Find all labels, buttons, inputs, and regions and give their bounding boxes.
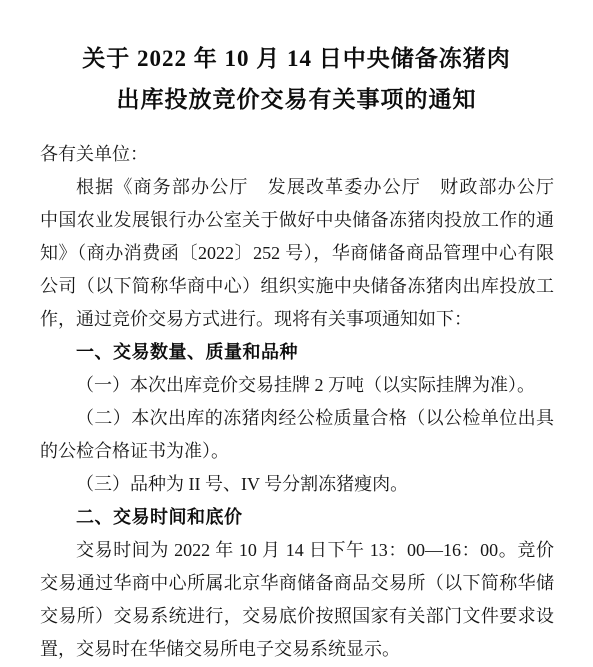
paragraph-trading-time: 交易时间为 2022 年 10 月 14 日下午 13：00—16：00。竞价交…: [40, 534, 554, 666]
notice-title: 关于 2022 年 10 月 14 日中央储备冻猪肉 出库投放竞价交易有关事项的…: [20, 38, 573, 120]
notice-title-line-1: 关于 2022 年 10 月 14 日中央储备冻猪肉: [20, 38, 573, 79]
notice-title-line-2: 出库投放竞价交易有关事项的通知: [20, 79, 573, 120]
section-heading-quantity-quality-variety: 一、交易数量、质量和品种: [40, 336, 554, 369]
paragraph-item-1-quantity: （一）本次出库竞价交易挂牌 2 万吨（以实际挂牌为准）。: [40, 369, 554, 402]
notice-body: 各有关单位： 根据《商务部办公厅 发展改革委办公厅 财政部办公厅 中国农业发展银…: [40, 138, 554, 666]
section-heading-time-floor-price: 二、交易时间和底价: [40, 501, 554, 534]
paragraph-item-3-variety: （三）品种为 II 号、IV 号分割冻猪瘦肉。: [40, 468, 554, 501]
paragraph-basis: 根据《商务部办公厅 发展改革委办公厅 财政部办公厅 中国农业发展银行办公室关于做…: [40, 171, 554, 336]
paragraph-item-2-quality: （二）本次出库的冻猪肉经公检质量合格（以公检单位出具的公检合格证书为准）。: [40, 402, 554, 468]
salutation: 各有关单位：: [40, 138, 554, 171]
notice-document: 关于 2022 年 10 月 14 日中央储备冻猪肉 出库投放竞价交易有关事项的…: [0, 0, 593, 667]
